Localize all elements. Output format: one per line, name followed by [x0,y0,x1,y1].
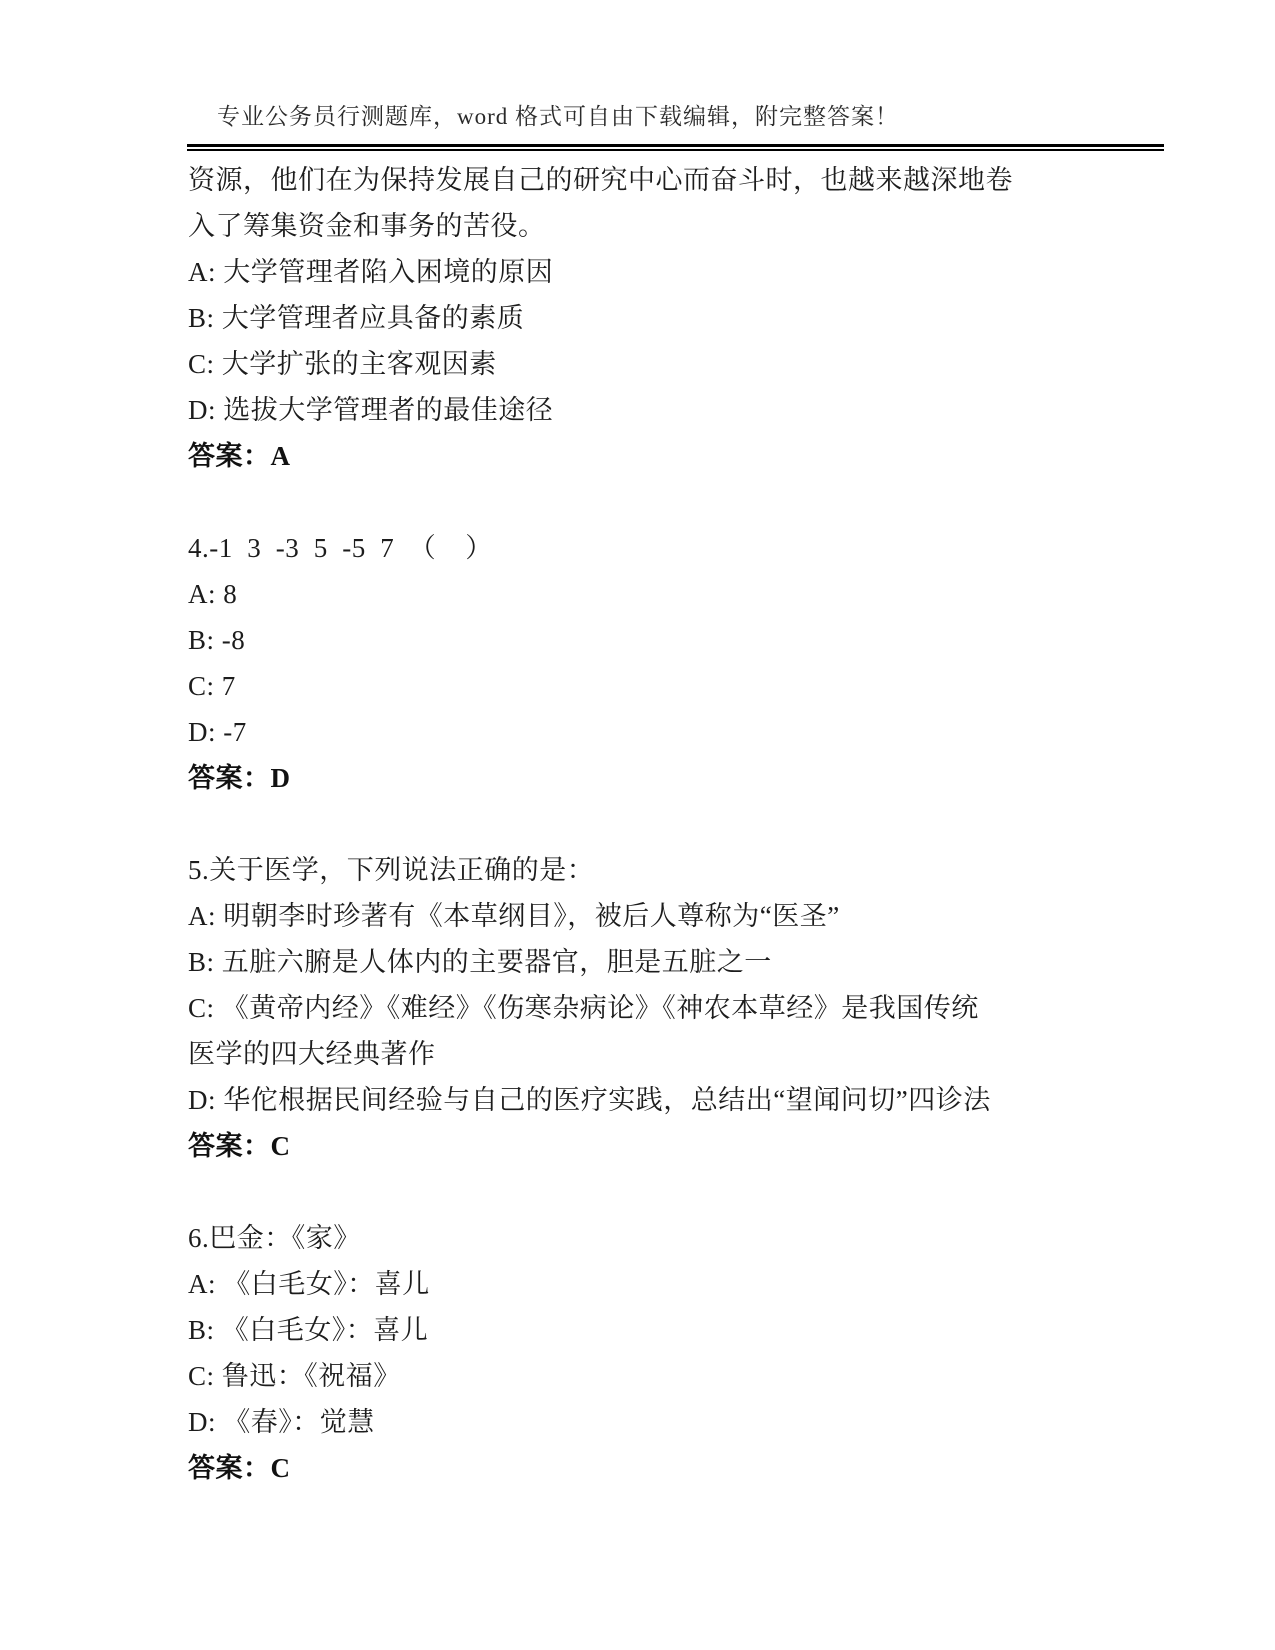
question-block: 资源，他们在为保持发展自己的研究中心而奋斗时，也越来越深地卷 入了筹集资金和事务… [188,157,1173,479]
answer-line: 答案：D [188,755,1173,801]
option-line: A: 大学管理者陷入困境的原因 [188,249,1173,295]
header-text: 专业公务员行测题库，word 格式可自由下载编辑，附完整答案！ [217,104,899,129]
stem-line: 4.-1 3 -3 5 -5 7 （ ） [188,525,1173,571]
option-line: A: 8 [188,571,1173,617]
option-line: D: 《春》：觉慧 [188,1399,1173,1445]
blank-line [188,479,1173,525]
answer-line: 答案：C [188,1123,1173,1169]
stem-line: 5.关于医学，下列说法正确的是： [188,847,1173,893]
option-continuation-line: 医学的四大经典著作 [188,1031,1173,1077]
stem-line: 6.巴金：《家》 [188,1215,1173,1261]
answer-line: 答案：A [188,433,1173,479]
option-line: C: 《黄帝内经》《难经》《伤寒杂病论》《神农本草经》是我国传统 [188,985,1173,1031]
option-line: B: -8 [188,617,1173,663]
document-body: 资源，他们在为保持发展自己的研究中心而奋斗时，也越来越深地卷 入了筹集资金和事务… [188,157,1173,1491]
option-line: A: 明朝李时珍著有《本草纲目》，被后人尊称为“医圣” [188,893,1173,939]
option-line: B: 大学管理者应具备的素质 [188,295,1173,341]
option-line: D: -7 [188,709,1173,755]
document-page: 专业公务员行测题库，word 格式可自由下载编辑，附完整答案！ 资源，他们在为保… [0,0,1275,1650]
option-line: B: 《白毛女》：喜儿 [188,1307,1173,1353]
stem-line: 入了筹集资金和事务的苦役。 [188,203,1173,249]
option-line: C: 鲁迅：《祝福》 [188,1353,1173,1399]
question-block: 5.关于医学，下列说法正确的是： A: 明朝李时珍著有《本草纲目》，被后人尊称为… [188,847,1173,1169]
option-line: D: 选拔大学管理者的最佳途径 [188,387,1173,433]
question-block: 4.-1 3 -3 5 -5 7 （ ） A: 8 B: -8 C: 7 D: … [188,525,1173,801]
answer-line: 答案：C [188,1445,1173,1491]
blank-line [188,801,1173,847]
stem-line: 资源，他们在为保持发展自己的研究中心而奋斗时，也越来越深地卷 [188,157,1173,203]
question-block: 6.巴金：《家》 A: 《白毛女》：喜儿 B: 《白毛女》：喜儿 C: 鲁迅：《… [188,1215,1173,1491]
option-line: B: 五脏六腑是人体内的主要器官，胆是五脏之一 [188,939,1173,985]
option-line: C: 7 [188,663,1173,709]
option-line: A: 《白毛女》：喜儿 [188,1261,1173,1307]
option-line: D: 华佗根据民间经验与自己的医疗实践，总结出“望闻问切”四诊法 [188,1077,1173,1123]
blank-line [188,1169,1173,1215]
option-line: C: 大学扩张的主客观因素 [188,341,1173,387]
header-rule [187,144,1164,151]
